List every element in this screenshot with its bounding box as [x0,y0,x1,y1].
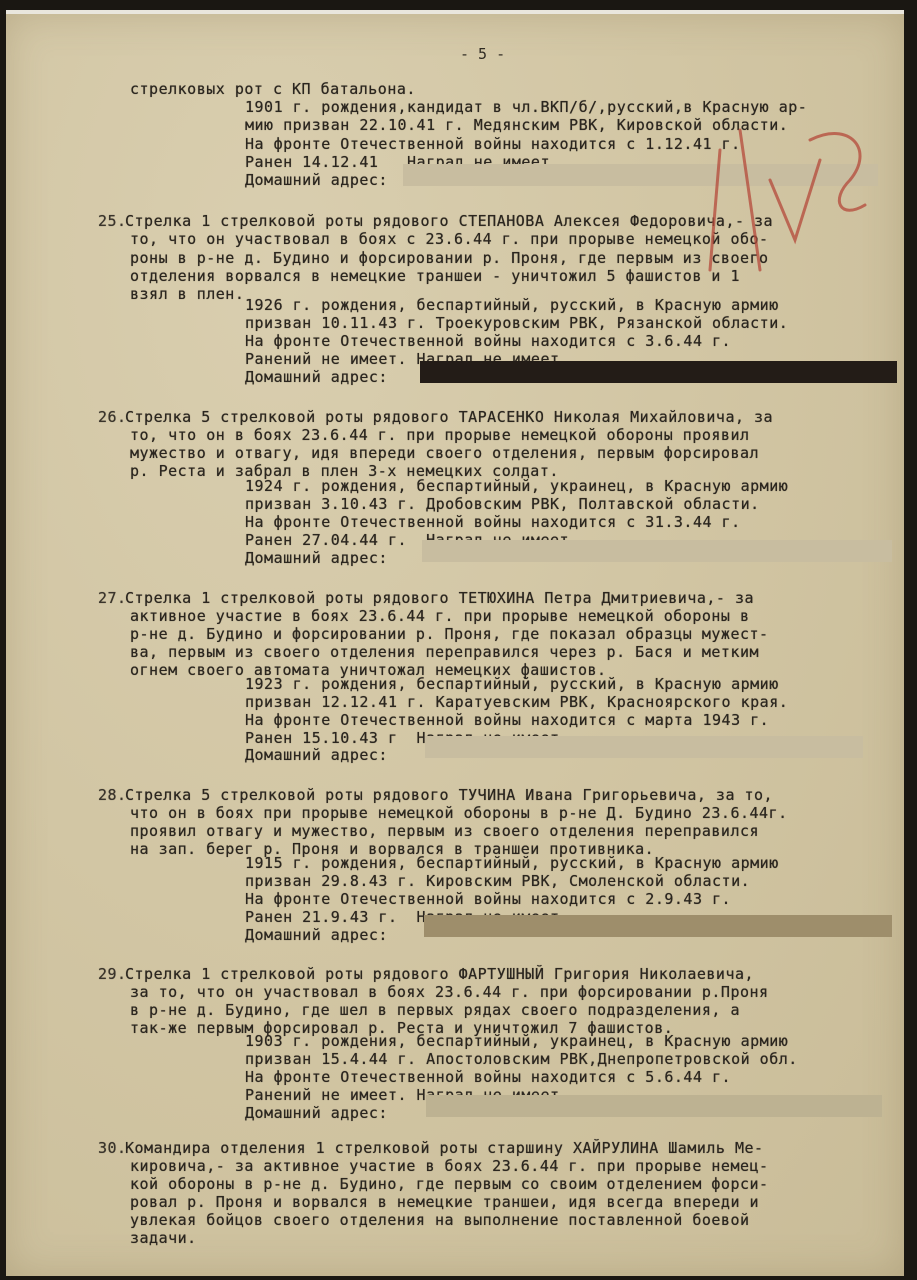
citation-line: роны в р-не д. Будино и форсировании р. … [130,249,769,267]
redacted-address [403,164,878,186]
citation-line: в р-не д. Будино, где шел в первых рядах… [130,1001,740,1019]
citation-line: проявил отвагу и мужество, первым из сво… [130,822,759,840]
intro-bio-line: На фронте Отечественной войны находится … [245,135,741,153]
address-label: Домашний адрес: [245,171,388,189]
entry-number: 28. [98,786,127,804]
bio-line: На фронте Отечественной войны находится … [245,513,741,531]
citation-line: отделения ворвался в немецкие траншеи - … [130,267,740,285]
bio-line: На фронте Отечественной войны находится … [245,332,731,350]
bio-line: призван 15.4.44 г. Апостоловским РВК,Дне… [245,1050,798,1068]
bio-line: На фронте Отечественной войны находится … [245,1068,731,1086]
bio-line: 1924 г. рождения, беспартийный, украинец… [245,477,788,495]
redacted-address [426,1095,882,1117]
citation-line: активное участие в боях 23.6.44 г. при п… [130,607,750,625]
bio-line: 1923 г. рождения, беспартийный, русский,… [245,675,779,693]
bio-line: На фронте Отечественной войны находится … [245,711,769,729]
bio-line: призван 12.12.41 г. Каратуевским РВК, Кр… [245,693,788,711]
address-label: Домашний адрес: [245,926,388,944]
entry-number: 25. [98,212,127,230]
intro-continuation: стрелковых рот с КП батальона. [130,80,416,98]
citation-line: за то, что он участвовал в боях 23.6.44 … [130,983,769,1001]
citation-line: задачи. [130,1229,197,1247]
bio-line: призван 29.8.43 г. Кировским РВК, Смолен… [245,872,750,890]
bio-line: На фронте Отечественной войны находится … [245,890,731,908]
citation-line: кировича,- за активное участие в боях 23… [130,1157,769,1175]
redacted-address [425,736,863,758]
citation-line: мужество и отвагу, идя впереди своего от… [130,444,759,462]
entry-number: 29. [98,965,127,983]
address-label: Домашний адрес: [245,549,388,567]
citation-line: Стрелка 1 стрелковой роты рядового ФАРТУ… [125,965,754,983]
bio-line: призван 10.11.43 г. Троекуровским РВК, Р… [245,314,788,332]
bio-line: 1926 г. рождения, беспартийный, русский,… [245,296,779,314]
intro-bio-line: мию призван 22.10.41 г. Медянским РВК, К… [245,116,788,134]
citation-line: ровал р. Проня и ворвался в немецкие тра… [130,1193,759,1211]
citation-line: взял в плен. [130,285,244,303]
address-label: Домашний адрес: [245,1104,388,1122]
citation-line: Стрелка 5 стрелковой роты рядового ТУЧИН… [125,786,773,804]
citation-line: ва, первым из своего отделения переправи… [130,643,759,661]
entry-number: 26. [98,408,127,426]
bio-line: 1903 г. рождения, беспартийный, украинец… [245,1032,788,1050]
address-label: Домашний адрес: [245,746,388,764]
entry-number: 30. [98,1139,127,1157]
citation-line: то, что он участвовал в боях с 23.6.44 г… [130,230,769,248]
redacted-address [424,915,892,937]
citation-line: кой обороны в р-не д. Будино, где первым… [130,1175,769,1193]
intro-bio-line: 1901 г. рождения,кандидат в чл.ВКП/б/,ру… [245,98,807,116]
redacted-address [420,361,897,383]
citation-line: увлекая бойцов своего отделения на выпол… [130,1211,750,1229]
citation-line: Командира отделения 1 стрелковой роты ст… [125,1139,764,1157]
bio-line: 1915 г. рождения, беспартийный, русский,… [245,854,779,872]
citation-line: Стрелка 5 стрелковой роты рядового ТАРАС… [125,408,773,426]
citation-line: Стрелка 1 стрелковой роты рядового СТЕПА… [125,212,773,230]
bio-line: призван 3.10.43 г. Дробовским РВК, Полта… [245,495,760,513]
citation-line: что он в боях при прорыве немецкой оборо… [130,804,788,822]
address-label: Домашний адрес: [245,368,388,386]
page-number: - 5 - [460,45,505,63]
redacted-address [422,540,892,562]
citation-line: р-не д. Будино и форсировании р. Проня, … [130,625,769,643]
citation-line: то, что он в боях 23.6.44 г. при прорыве… [130,426,750,444]
entry-number: 27. [98,589,127,607]
citation-line: Стрелка 1 стрелковой роты рядового ТЕТЮХ… [125,589,754,607]
